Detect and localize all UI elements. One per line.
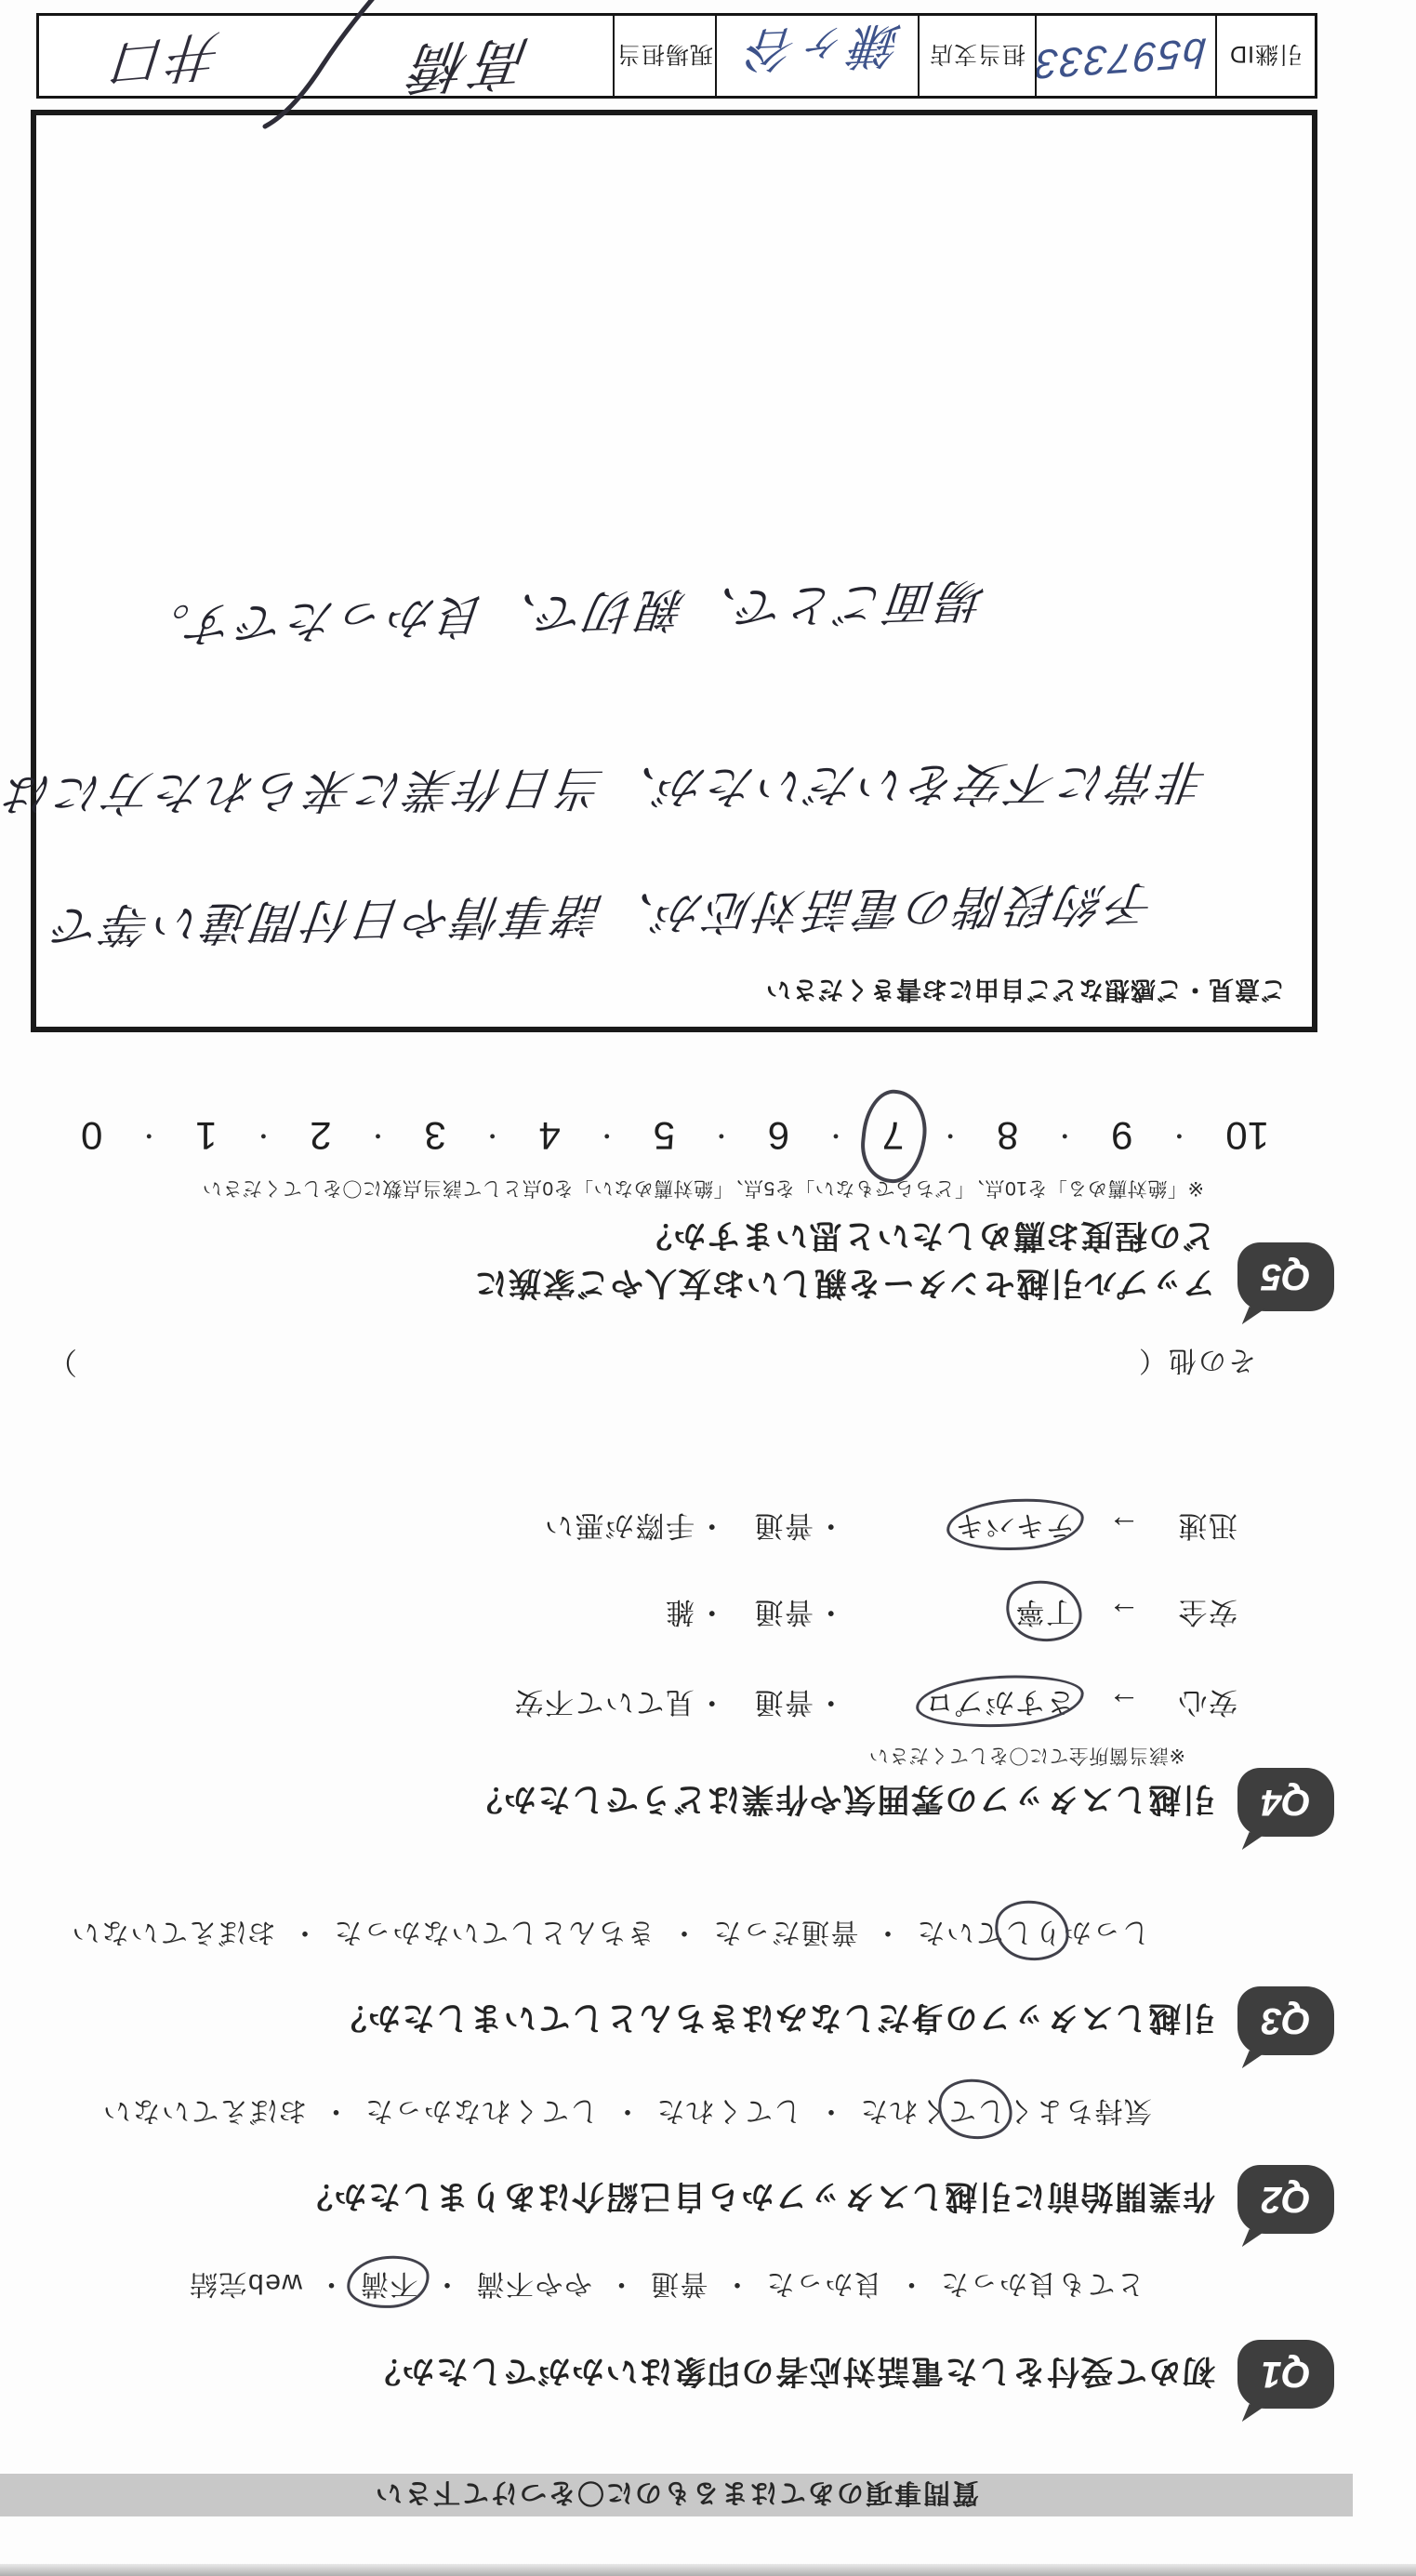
- q2-title: 作業開始前に引越しスタッフから自己紹介はありましたか？: [298, 2171, 1215, 2234]
- q3-option-0: しっかりしていた: [916, 1917, 1150, 1947]
- q2-option-0-circled: して: [947, 2095, 1006, 2126]
- q2-circled-answer: して: [947, 2096, 1006, 2124]
- q5-score-5: 5: [654, 1116, 675, 1155]
- separator-dot: ・: [722, 2268, 752, 2299]
- separator-dot: ・: [290, 1917, 320, 1947]
- q4-row-2-option-2: 手際が悪い: [544, 1512, 695, 1541]
- q3-title: 引越しスタッフの身だしなみはきちんとしていましたか？: [333, 1993, 1215, 2055]
- scanner-edge-shadow: [0, 2564, 1416, 2576]
- q2-option-3: おぼえていない: [102, 2095, 308, 2126]
- q5-score-10: 10: [1225, 1116, 1269, 1155]
- q4-row-1-option-2: 雑: [665, 1599, 695, 1627]
- q4-row-2-option-0: テキパキ: [847, 1512, 1075, 1541]
- q4-other-close-paren: ）: [47, 1343, 77, 1386]
- q5-header: Q5 アップル引越センターを親しいお友人やご家族に どの程度お薦めしたいと思いま…: [473, 1212, 1334, 1312]
- q1-option-3: やや不満: [475, 2268, 592, 2299]
- separator-dot: ・: [137, 1123, 161, 1148]
- separator-dot: ・: [938, 1123, 962, 1148]
- q3-header: Q3 引越しスタッフの身だしなみはきちんとしていましたか？: [333, 1986, 1334, 2055]
- separator-dot: ・: [695, 1599, 728, 1627]
- q4-row-0-option-2: 見ていて不安: [513, 1689, 695, 1718]
- q4-row-2-label: 迅速: [1140, 1512, 1237, 1541]
- separator-dot: ・: [824, 1123, 848, 1148]
- separator-dot: ・: [251, 1123, 275, 1148]
- separator-dot: ・: [613, 2095, 642, 2126]
- q1-option-5: web完結: [188, 2268, 302, 2299]
- q4-row-0-option-1: 普通: [728, 1689, 814, 1718]
- staff-label: 現場担当: [615, 16, 717, 96]
- q5-badge: Q5: [1237, 1242, 1334, 1311]
- q4-row-1-option-0-text: 丁寧: [1014, 1597, 1075, 1629]
- q3-option-1: 普通だった: [712, 1917, 859, 1947]
- q4-row-jinsoku: 迅速 → テキパキ ・ 普通 ・ 手際が悪い: [544, 1510, 1238, 1542]
- q1-option-0: とても良かった: [940, 2268, 1145, 2299]
- q1-option-1: 良かった: [765, 2268, 882, 2299]
- q3-badge-label: Q3: [1261, 2000, 1310, 2042]
- separator-dot: ・: [814, 1599, 847, 1627]
- separator-dot: ・: [1052, 1123, 1077, 1148]
- q5-score-0: 0: [81, 1116, 102, 1155]
- q3-option-3: おぼえていない: [71, 1917, 276, 1947]
- comment-box: ご意見・ご感想などご自由にお書きください 予約段階の電話対応が、諸事情や日付間違…: [31, 110, 1317, 1032]
- q4-header: Q4 引越しスタッフの雰囲気や作業はどうでしたか？: [469, 1768, 1334, 1837]
- q3-option-0-pre: しっか: [1063, 1917, 1151, 1947]
- q1-option-2: 普通: [650, 2268, 708, 2299]
- separator-dot: ・: [481, 1123, 505, 1148]
- q5-score-4: 4: [539, 1116, 561, 1155]
- q5-title-line2: どの程度お薦めしたいと思いますか？: [473, 1212, 1215, 1259]
- q2-badge: Q2: [1237, 2165, 1334, 2234]
- q4-row-1-option-0: 丁寧: [847, 1599, 1075, 1627]
- q3-option-0-post: ていた: [916, 1917, 1004, 1947]
- q5-score-8: 8: [997, 1116, 1018, 1155]
- q1-options: とても良かった・良かった・普通・やや不満・不満・web完結: [188, 2269, 1145, 2297]
- q3-option-0-circled: りし: [1004, 1917, 1063, 1947]
- q5-title: アップル引越センターを親しいお友人やご家族に どの程度お薦めしたいと思いますか？: [473, 1212, 1215, 1312]
- separator-dot: ・: [432, 2268, 462, 2299]
- staff-signature-cell: 髙橋 井口: [39, 16, 615, 96]
- q5-score-1: 1: [195, 1116, 217, 1155]
- q2-badge-label: Q2: [1261, 2179, 1310, 2221]
- separator-dot: ・: [814, 1512, 847, 1541]
- q1-badge-label: Q1: [1261, 2354, 1310, 2396]
- scanned-survey-screenshot: 質問事項のあてはまるものに〇をつけて下さい Q1 初めて受付をした電話対応者の印…: [0, 0, 1416, 2576]
- handwritten-comment-line-2: 非常に不安をいだいたが、当日作業に来られた方には: [0, 758, 1211, 817]
- q2-options: 気持ちよくしてくれた・してくれた・してくれなかった・おぼえていない: [102, 2096, 1153, 2124]
- handover-id-label: 引継ID: [1217, 16, 1315, 96]
- separator-dot: ・: [366, 1123, 390, 1148]
- q1-badge: Q1: [1237, 2340, 1334, 2409]
- q4-row-0-option-0: さすがプロ: [847, 1689, 1075, 1718]
- q4-badge-label: Q4: [1261, 1782, 1310, 1824]
- separator-dot: ・: [606, 2268, 636, 2299]
- q4-other-label: その他（: [1137, 1343, 1256, 1384]
- q5-score-2: 2: [310, 1116, 331, 1155]
- q4-row-2-option-1: 普通: [728, 1512, 814, 1541]
- separator-dot: ・: [873, 1917, 903, 1947]
- comment-box-header: ご意見・ご感想などご自由にお書きください: [36, 974, 1286, 1010]
- handover-table: 引継ID b597333 担当支店 鎌ヶ谷 現場担当 髙橋 井口: [36, 13, 1317, 99]
- q3-option-2: きちんとしていなかった: [333, 1917, 655, 1947]
- q1-circled-answer: 不満: [360, 2269, 418, 2297]
- q5-badge-label: Q5: [1261, 1256, 1310, 1298]
- instructions-banner-text: 質問事項のあてはまるものに〇をつけて下さい: [374, 2476, 979, 2515]
- handwritten-staff-signature-2: 井口: [108, 20, 224, 104]
- separator-dot: ・: [321, 2095, 351, 2126]
- branch-label: 担当支店: [920, 16, 1037, 96]
- q3-circled-answer: りし: [1004, 1918, 1063, 1945]
- separator-dot: ・: [816, 2095, 846, 2126]
- q4-title: 引越しスタッフの雰囲気や作業はどうでしたか？: [469, 1774, 1215, 1837]
- branch-value-cell: 鎌ヶ谷: [717, 16, 920, 96]
- separator-dot: ・: [1167, 1123, 1191, 1148]
- separator-dot: ・: [896, 2268, 926, 2299]
- q2-option-0-post: くれた: [859, 2095, 947, 2126]
- q4-row-2-option-0-text: テキパキ: [954, 1510, 1075, 1543]
- q4-note: ※該当箇所全てに〇をしてください: [868, 1746, 1185, 1765]
- handwritten-branch-name: 鎌ヶ谷: [742, 14, 903, 89]
- separator-dot: ・: [814, 1689, 847, 1718]
- separator-dot: ・: [695, 1512, 728, 1541]
- q4-badge: Q4: [1237, 1768, 1334, 1837]
- survey-sheet-rotated-180: 質問事項のあてはまるものに〇をつけて下さい Q1 初めて受付をした電話対応者の印…: [0, 0, 1416, 2576]
- q4-row-0-label: 安心: [1140, 1689, 1237, 1718]
- q2-header: Q2 作業開始前に引越しスタッフから自己紹介はありましたか？: [298, 2165, 1334, 2234]
- separator-dot: ・: [316, 2268, 346, 2299]
- q3-options: しっかりしていた・普通だった・きちんとしていなかった・おぼえていない: [71, 1918, 1150, 1945]
- q2-option-0-pre: 気持ちよく: [1006, 2095, 1153, 2126]
- handwritten-comment-line-3: 場面ごとで、親切で、良かったです。: [137, 577, 988, 650]
- q4-row-0-arrow: →: [1075, 1687, 1140, 1719]
- q5-score-3: 3: [424, 1116, 445, 1155]
- q4-row-1-label: 安全: [1140, 1599, 1237, 1627]
- handwritten-comment-line-1: 予約段階の電話対応が、諸事情や日付間違い等で: [49, 880, 1158, 949]
- handwritten-handover-id: b597333: [1032, 28, 1207, 86]
- q5-score-7: 7: [882, 1114, 904, 1158]
- q5-circled-score: 7: [882, 1116, 904, 1155]
- q5-score-9: 9: [1111, 1116, 1132, 1155]
- handover-id-value-cell: b597333: [1037, 16, 1217, 96]
- q5-title-line1: アップル引越センターを親しいお友人やご家族に: [473, 1258, 1215, 1306]
- handwritten-staff-signature-1: 髙橋: [404, 25, 536, 113]
- q2-option-0: 気持ちよくしてくれた: [859, 2095, 1152, 2126]
- q2-option-1: してくれた: [655, 2095, 802, 2126]
- q1-title: 初めて受付をした電話対応者の印象はいかがでしたか？: [366, 2346, 1215, 2409]
- q5-score-6: 6: [768, 1116, 789, 1155]
- q5-note: ※「絶対薦める」を10点、「どちらでもない」を5点、「絶対薦めない」を0点として…: [202, 1178, 1204, 1198]
- instructions-banner: 質問事項のあてはまるものに〇をつけて下さい: [0, 2474, 1353, 2516]
- q4-row-0-option-0-text: さすがプロ: [924, 1687, 1076, 1720]
- separator-dot: ・: [695, 1689, 728, 1718]
- q4-row-1-circled-answer: 丁寧: [1014, 1599, 1075, 1627]
- q4-row-1-option-1: 普通: [728, 1599, 814, 1627]
- q3-badge: Q3: [1237, 1986, 1334, 2055]
- q4-row-0-circled-answer: さすがプロ: [924, 1689, 1076, 1718]
- q4-row-1-arrow: →: [1075, 1597, 1140, 1628]
- q4-row-anshin: 安心 → さすがプロ ・ 普通 ・ 見ていて不安: [513, 1687, 1237, 1719]
- q1-option-4: 不満: [360, 2268, 418, 2299]
- q5-rating-scale: 10・ 9・ 8・ 7・ 6・ 5・ 4・ 3・ 2・ 1・ 0: [81, 1116, 1269, 1155]
- q4-row-2-arrow: →: [1075, 1510, 1140, 1542]
- q4-row-anzen: 安全 → 丁寧 ・ 普通 ・ 雑: [665, 1597, 1238, 1628]
- q2-option-2: してくれなかった: [364, 2095, 599, 2126]
- separator-dot: ・: [669, 1917, 699, 1947]
- q1-header: Q1 初めて受付をした電話対応者の印象はいかがでしたか？: [366, 2340, 1334, 2409]
- separator-dot: ・: [595, 1123, 619, 1148]
- separator-dot: ・: [709, 1123, 734, 1148]
- q4-row-2-circled-answer: テキパキ: [954, 1512, 1075, 1541]
